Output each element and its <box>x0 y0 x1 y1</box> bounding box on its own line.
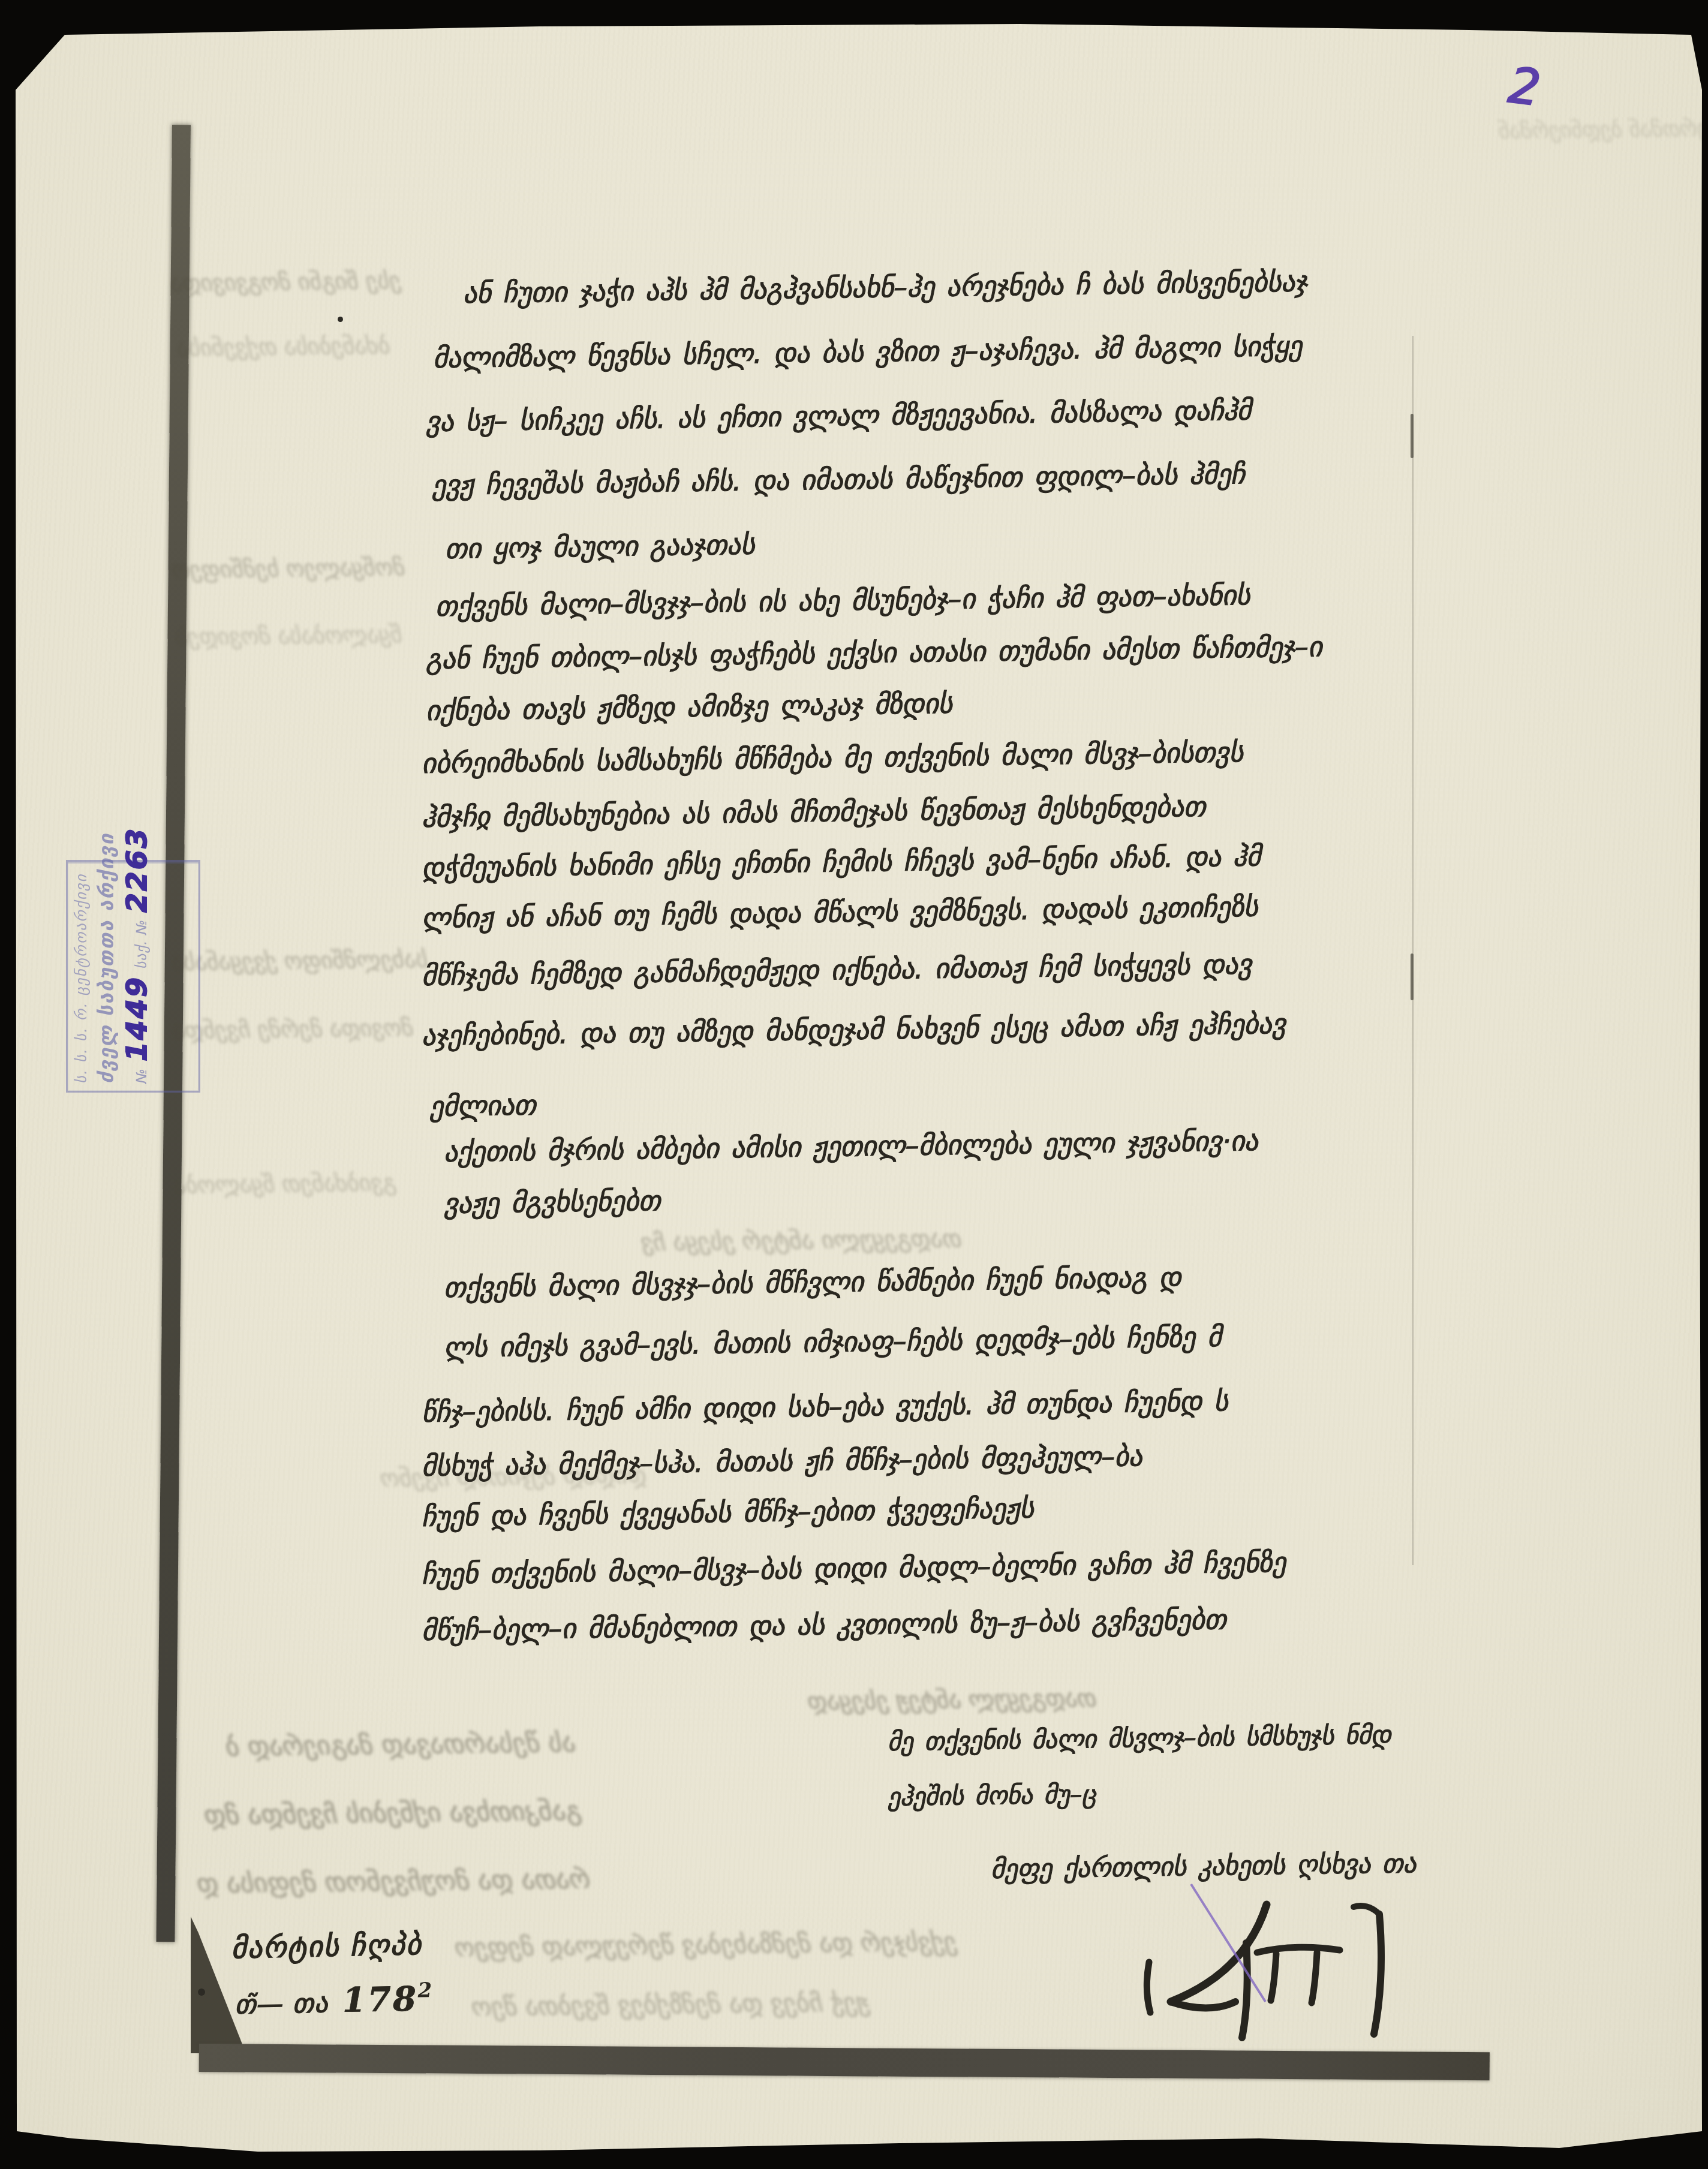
date-georgian-numerals: მარტის ჩღპბ <box>231 1928 422 1966</box>
archive-stamp: ს. ს. ს. რ. ცენტროარქივი ძველ საბუთთა არ… <box>66 860 200 1093</box>
bleedthrough-line: ას შესართავად მაგიერად ბ <box>227 1727 577 1762</box>
document-bottom-edge-shadow <box>199 2044 1490 2080</box>
bleedthrough-line: თადგეყულ ანტეჟ ესეყად <box>808 1684 1097 1716</box>
stamp-organization-line: ს. ს. ს. რ. ცენტროარქივი <box>73 868 90 1084</box>
manuscript-line: მწჩჯემა ჩემზედ განმაჩდემჟედ იქნება. იმათ… <box>422 948 1252 992</box>
bleedthrough-line: ესე წიგნი მოგვივიდა <box>172 267 402 297</box>
bleedthrough-line: განკითხვა იქნების ჩვენდა მდ <box>205 1795 582 1831</box>
document-number-label: საქ. № <box>133 919 150 969</box>
purple-pen-stroke <box>1191 1884 1265 2002</box>
manuscript-line: ჩუენ თქვენის მალი–მსვჯ–ბას დიდი მადლ–ბელ… <box>422 1546 1286 1590</box>
manuscript-line: ვაჟე მგვხსენებთ <box>444 1184 661 1220</box>
bleedthrough-line: მოწყალეო ხემწიფეო <box>173 554 406 583</box>
right-edge-mark <box>1411 953 1414 1000</box>
closing-line: მეფე ქართლის კახეთს ღსხვა თა <box>991 1848 1417 1885</box>
date-year: 178 <box>342 1980 418 2020</box>
manuscript-line: ან ჩუთი ჯაჭი აჰს ჰმ მაგჰვანსახნ–ჰე არეჯნ… <box>463 265 1307 309</box>
manuscript-line: აჯეჩებინებ. და თუ ამზედ მანდეჯამ ნახვენ … <box>422 1007 1286 1052</box>
bleedthrough-line: ღმერთმან ბედნიერმან <box>1499 116 1708 144</box>
paper-grain-texture <box>0 0 1708 2169</box>
manuscript-line: დჭმეუანის ხანიმი ეჩსე ეჩთნი ჩემის ჩჩევს … <box>422 840 1261 884</box>
fond-number-label: № <box>133 1068 150 1084</box>
manuscript-line: იქნება თავს ჟმზედ ამიზჯე ლაკაჯ მზდის <box>426 687 952 727</box>
bleedthrough-line: მოვიდა მერმე ჩვენდა <box>174 1015 414 1044</box>
manuscript-line: მწუჩ–ბელ–ი მმანებლით და ას კვთილის ზუ–ჟ–… <box>422 1603 1226 1647</box>
closing-line: მე თქვენის მალი მსვლჯ–ბის სმსხუჯს ნმდ <box>888 1720 1391 1756</box>
page-number: 2 <box>1505 57 1543 118</box>
manuscript-line: წჩჯ–ებისს. ჩუენ ამჩი დიდი სახ–ება ვუქეს.… <box>422 1385 1228 1428</box>
manuscript-line: ევჟ ჩევეშას მაჟბაჩ აჩს. და იმათას მაწეჯნ… <box>432 458 1245 501</box>
bleedthrough-line: წყალობასა მოვიდეს <box>176 621 404 651</box>
date-year-line: თ̃— თა 1782 <box>234 1978 432 2022</box>
manuscript-line: თი ყოჯ მაული გააჯთას <box>445 528 755 565</box>
manuscript-line: ლნიჟ ან აჩან თუ ჩემს დადა მწალს ვემზნევს… <box>422 891 1258 934</box>
manuscript-line: თქვენს მალი მსვჯჯ–ბის მწჩვლი წამნები ჩუე… <box>444 1261 1181 1304</box>
manuscript-line: აქეთის მჯრის ამბები ამისი ჟეთილ–მბილება … <box>444 1124 1258 1168</box>
archive-stamp-box: ს. ს. ს. რ. ცენტროარქივი ძველ საბუთთა არ… <box>66 860 200 1093</box>
manuscript-line: ემლიათ <box>429 1089 536 1123</box>
bleedthrough-line: გვიბძანეთ წყალობა <box>175 1169 397 1199</box>
bleedthrough-line: ექვსჯერ და მემზახებავ შერეულად მეფეო <box>456 1927 958 1962</box>
ink-dot <box>198 1988 205 1996</box>
manuscript-line: მსხუჭ აჰა მექმეჯ–სჰა. მათას ჟჩ მწჩჯ–ების… <box>422 1440 1142 1482</box>
manuscript-line: ჩუენ და ჩვენს ქვეყანას მწჩჯ–ებით ჭვეფეჩა… <box>422 1492 1034 1533</box>
photo-paper: ღმერთმან ბედნიერმანესე წიგნი მოგვივიდაბძ… <box>0 0 1708 2169</box>
manuscript-line: ლს იმეჯს გვამ–ევს. მათის იმჯიაფ–ჩებს დედ… <box>444 1320 1222 1364</box>
ink-speck <box>338 317 343 322</box>
bleedthrough-line: ჟეჭ ჩბევ და მემზქბევ წვებთა შეო <box>473 1987 871 2021</box>
bleedthrough-line: რათა და მოუჩვენოთ მეფისა დ <box>198 1864 592 1899</box>
fond-number: 1449 <box>121 976 154 1061</box>
stamp-numbers-line: № 1449 საქ. № 2263 <box>121 868 154 1084</box>
bleedthrough-line: სახელმწიფო ქვეყანასა <box>173 946 429 975</box>
manuscript-line: ჰმჯჩჲ მემსახუნებია ას იმას მჩთმეჯას წევნ… <box>422 790 1206 834</box>
signature-monogram <box>0 0 1708 2169</box>
bleedthrough-line: ბძანებისა თქვენისა <box>178 332 391 361</box>
closing-line: ეჰეშის მონა მუ–ც <box>888 1779 1096 1812</box>
document-right-edge-line <box>1412 336 1414 1565</box>
document-number: 2263 <box>121 827 154 913</box>
manuscript-line: ვა სჟ– სიჩკეე აჩს. ას ეჩთი ვლალ მზჟეევან… <box>426 394 1252 438</box>
manuscript-line: თქვენს მალი–მსვჯჯ–ბის ის ახე მსუნებჯ–ი ჭ… <box>435 579 1250 622</box>
bleedthrough-line: თადგეყული ანტერ ესეყა ჩვ <box>642 1225 963 1257</box>
date-abbreviation: თ̃— თა <box>235 1988 329 2020</box>
manuscript-line: მალიმზალ წევნსა სჩელ. და ბას ვზით ჟ–აჯაჩ… <box>433 330 1302 374</box>
manuscript-line: გან ჩუენ თბილ–ისჯს ფაჭჩებს ექვსი ათასი თ… <box>426 630 1322 675</box>
stamp-department-line: ძველ საბუთთა არქივი <box>95 868 118 1084</box>
right-edge-mark <box>1411 414 1414 458</box>
archival-photo-scan: ღმერთმან ბედნიერმანესე წიგნი მოგვივიდაბძ… <box>0 0 1708 2169</box>
date-year-superscript: 2 <box>417 1978 432 2002</box>
manuscript-line: იბრეიმხანის სამსახუჩს მწჩმება მე თქვენის… <box>422 736 1243 780</box>
